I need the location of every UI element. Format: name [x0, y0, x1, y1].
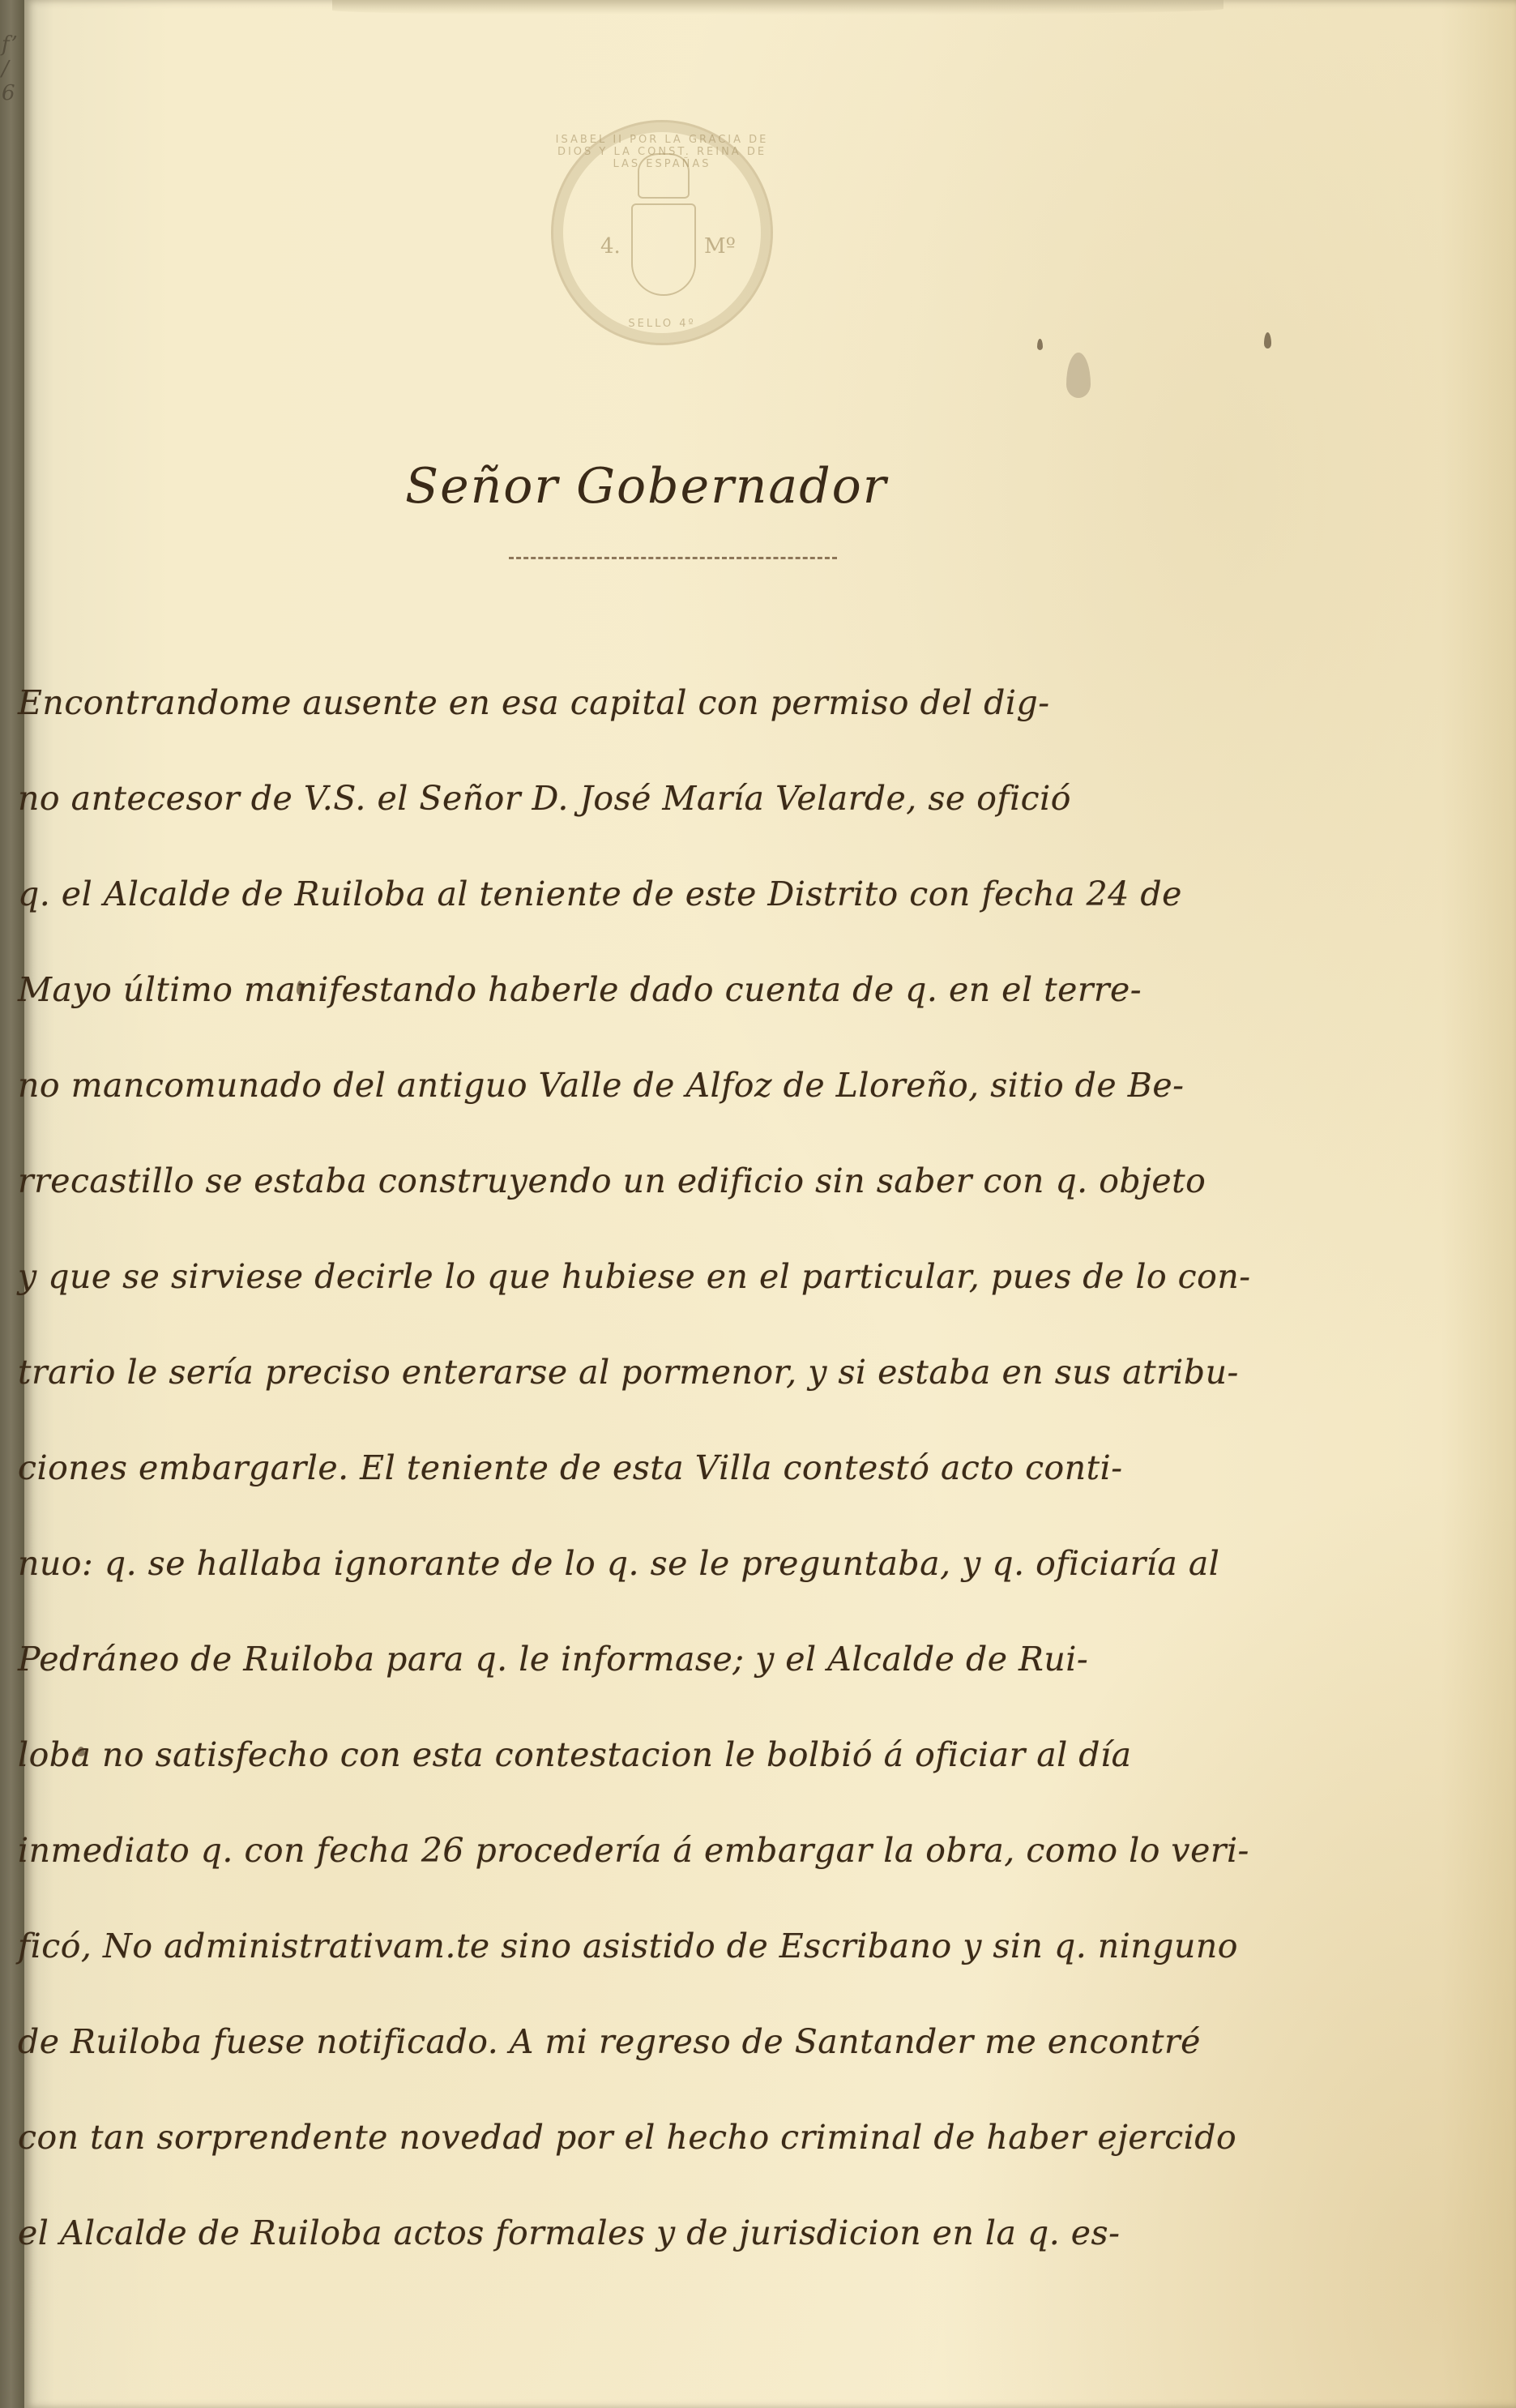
stain [1066, 353, 1091, 398]
letter-line: loba no satisfecho con esta contestacion… [18, 1707, 1493, 1803]
letter-line: q. el Alcalde de Ruiloba al teniente de … [18, 846, 1493, 942]
stamp-bottom-text: SELLO 4º [553, 318, 771, 330]
letter-line: de Ruiloba fuese notificado. A mi regres… [18, 1994, 1493, 2089]
letter-line: nuo: q. se hallaba ignorante de lo q. se… [18, 1516, 1493, 1611]
letter-line: ficó, No administrativam.te sino asistid… [18, 1898, 1493, 1994]
stamp-value-left: 4. [600, 234, 621, 259]
royal-seal-stamp-icon: ISABEL II POR LA GRACIA DE DIOS Y LA CON… [551, 120, 773, 345]
letter-line: no antecesor de V.S. el Señor D. José Ma… [18, 751, 1493, 846]
letter-line: y que se sirviese decirle lo que hubiese… [18, 1229, 1493, 1324]
ink-blot [1264, 332, 1271, 349]
salutation-underline [509, 557, 837, 559]
torn-top-edge [332, 0, 1223, 15]
letter-line: rrecastillo se estaba construyendo un ed… [18, 1133, 1493, 1229]
letter-body: Encontrandome ausente en esa capital con… [18, 655, 1493, 2281]
ink-blot [1037, 339, 1043, 350]
letter-line: el Alcalde de Ruiloba actos formales y d… [18, 2185, 1493, 2281]
letter-line: con tan sorprendente novedad por el hech… [18, 2089, 1493, 2185]
letter-line: ciones embargarle. El teniente de esta V… [18, 1420, 1493, 1516]
letter-line: no mancomunado del antiguo Valle de Alfo… [18, 1037, 1493, 1133]
letter-line: Encontrandome ausente en esa capital con… [18, 655, 1493, 751]
crown-icon [638, 153, 690, 199]
letter-line: Mayo último manifestando haberle dado cu… [18, 942, 1493, 1037]
shield-icon [631, 203, 696, 296]
stamp-value-right: Mº [704, 234, 736, 259]
letter-line: Pedráneo de Ruiloba para q. le informase… [18, 1611, 1493, 1707]
letter-line: inmediato q. con fecha 26 procedería á e… [18, 1803, 1493, 1898]
letter-salutation: Señor Gobernador [405, 458, 887, 515]
letter-line: trario le sería preciso enterarse al por… [18, 1324, 1493, 1420]
